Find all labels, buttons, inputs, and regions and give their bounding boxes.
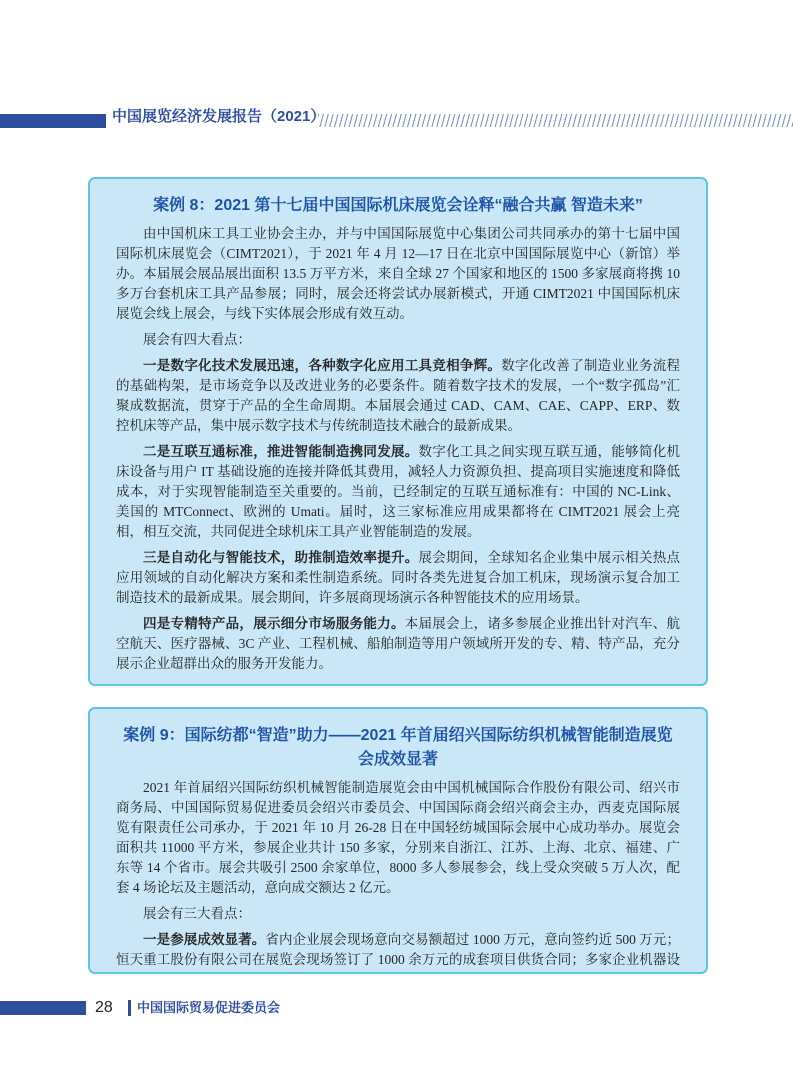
corner-ornament-icon xyxy=(88,972,90,974)
header-hatch-pattern xyxy=(318,114,793,127)
footer-divider xyxy=(128,1000,131,1016)
report-page: 中国展览经济发展报告（2021） 案例 8：2021 第十七届中国国际机床展览会… xyxy=(0,0,793,1077)
paragraph: 一是数字化技术发展迅速，各种数字化应用工具竞相争辉。数字化改善了制造业业务流程的… xyxy=(116,356,680,436)
paragraph-lead-bold: 二是互联互通标准，推进智能制造携同发展。 xyxy=(143,444,419,459)
case-box: 案例 8：2021 第十七届中国国际机床展览会诠释“融合共赢 智造未来” 由中国… xyxy=(88,177,708,686)
paragraph-lead-bold: 三是自动化与智能技术，助推制造效率提升。 xyxy=(143,550,419,565)
paragraph-text: 由中国机床工具工业协会主办，并与中国国际展览中心集团公司共同承办的第十七届中国国… xyxy=(116,226,680,321)
corner-ornament-icon xyxy=(706,707,708,709)
corner-ornament-icon xyxy=(706,684,708,686)
paragraph-lead-bold: 一是数字化技术发展迅速，各种数字化应用工具竞相争辉。 xyxy=(143,358,501,373)
paragraph-lead-bold: 一是参展成效显著。 xyxy=(143,932,265,947)
footer-org-name: 中国国际贸易促进委员会 xyxy=(137,1000,280,1016)
page-number: 28 xyxy=(95,997,113,1019)
header-accent-bar xyxy=(0,114,106,128)
case-body: 由中国机床工具工业协会主办，并与中国国际展览中心集团公司共同承办的第十七届中国国… xyxy=(116,224,680,674)
paragraph: 四是专精特产品，展示细分市场服务能力。本届展会上，诸多参展企业推出针对汽车、航空… xyxy=(116,614,680,674)
paragraph: 由中国机床工具工业协会主办，并与中国国际展览中心集团公司共同承办的第十七届中国国… xyxy=(116,224,680,324)
corner-ornament-icon xyxy=(706,177,708,179)
case-body: 2021 年首届绍兴国际纺织机械智能制造展览会由中国机械国际合作股份有限公司、绍… xyxy=(116,778,680,974)
corner-ornament-icon xyxy=(88,684,90,686)
case-title: 案例 8：2021 第十七届中国国际机床展览会诠释“融合共赢 智造未来” xyxy=(116,194,680,218)
corner-ornament-icon xyxy=(706,972,708,974)
paragraph-text: 展会有三大看点： xyxy=(143,906,251,921)
footer-accent-bar xyxy=(0,1001,86,1015)
paragraph-text: 2021 年首届绍兴国际纺织机械智能制造展览会由中国机械国际合作股份有限公司、绍… xyxy=(116,780,680,895)
paragraph: 展会有四大看点： xyxy=(116,330,680,350)
case-box: 案例 9：国际纺都“智造”助力——2021 年首届绍兴国际纺织机械智能制造展览会… xyxy=(88,707,708,974)
paragraph: 二是互联互通标准，推进智能制造携同发展。数字化工具之间实现互联互通，能够简化机床… xyxy=(116,442,680,542)
corner-ornament-icon xyxy=(88,707,90,709)
paragraph: 2021 年首届绍兴国际纺织机械智能制造展览会由中国机械国际合作股份有限公司、绍… xyxy=(116,778,680,898)
paragraph-lead-bold: 四是专精特产品，展示细分市场服务能力。 xyxy=(143,616,405,631)
paragraph: 一是参展成效显著。省内企业展会现场意向交易额超过 1000 万元，意向签约近 5… xyxy=(116,930,680,974)
paragraph-text: 展会有四大看点： xyxy=(143,332,251,347)
paragraph: 展会有三大看点： xyxy=(116,904,680,924)
case-title: 案例 9：国际纺都“智造”助力——2021 年首届绍兴国际纺织机械智能制造展览会… xyxy=(116,724,680,772)
report-title: 中国展览经济发展报告（2021） xyxy=(112,106,325,128)
paragraph: 三是自动化与智能技术，助推制造效率提升。展会期间，全球知名企业集中展示相关热点应… xyxy=(116,548,680,608)
corner-ornament-icon xyxy=(88,177,90,179)
cases-container: 案例 8：2021 第十七届中国国际机床展览会诠释“融合共赢 智造未来” 由中国… xyxy=(88,177,708,974)
